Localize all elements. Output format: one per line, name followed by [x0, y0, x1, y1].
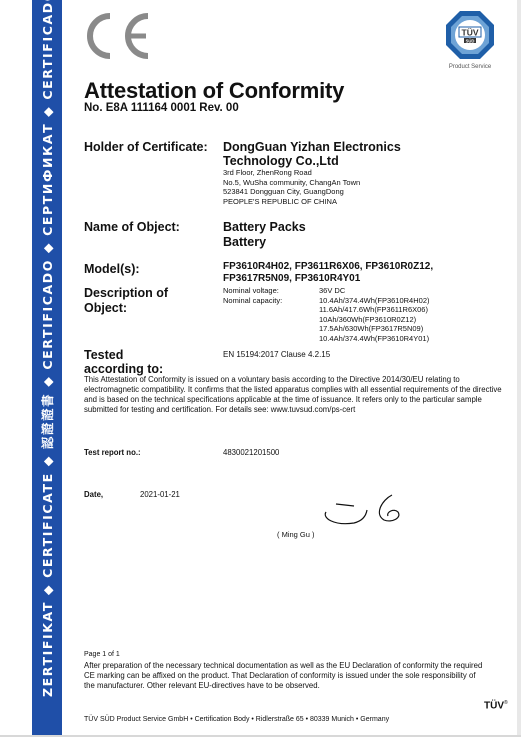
certificate-side-band: ZERTIFIKAT ◆ CERTIFICATE ◆ 認證證書 ◆ CERTIF…	[32, 0, 62, 735]
voltage-key: Nominal voltage:	[223, 286, 319, 296]
footer-note: After preparation of the necessary techn…	[84, 661, 484, 691]
object-line1: Battery Packs	[223, 220, 306, 235]
registered-symbol: ®	[504, 700, 508, 706]
models-line1: FP3610R4H02, FP3611R6X06, FP3610R0Z12,	[223, 261, 433, 273]
tested-label-line1: Tested	[84, 348, 123, 363]
signer-name: ( Ming Gu )	[277, 530, 315, 539]
holder-name-line1: DongGuan Yizhan Electronics	[223, 140, 401, 155]
address-line: No.5, WuSha community, ChangAn Town	[223, 178, 360, 188]
svg-text:SÜD: SÜD	[466, 38, 475, 43]
object-line2: Battery	[223, 235, 266, 250]
capacity-key: Nominal capacity:	[223, 296, 319, 344]
product-service-label: Product Service	[437, 64, 503, 70]
tuv-registered-mark: TÜV®	[484, 700, 508, 711]
models-label: Model(s):	[84, 262, 140, 277]
svg-text:TÜV: TÜV	[462, 28, 479, 38]
tuv-mark-text: TÜV	[484, 700, 504, 711]
tuv-sud-logo-icon: TÜV SÜD	[445, 10, 495, 60]
side-band-text: ZERTIFIKAT ◆ CERTIFICATE ◆ 認證證書 ◆ CERTIF…	[38, 0, 56, 697]
page-edge	[517, 0, 521, 737]
object-label: Name of Object:	[84, 220, 180, 235]
holder-name-line2: Technology Co.,Ltd	[223, 154, 339, 169]
voltage-value: 36V DC	[319, 286, 345, 296]
models-line2: FP3617R5N09, FP3610R4Y01	[223, 273, 360, 285]
capacity-value: 10.4Ah/374.4Wh(FP3610R4Y01)	[319, 334, 429, 344]
certificate-number: No. E8A 111164 0001 Rev. 00	[84, 102, 239, 114]
test-report-value: 4830021201500	[223, 448, 279, 457]
date-label: Date,	[84, 490, 103, 499]
address-line: 523841 Dongguan City, GuangDong	[223, 187, 360, 197]
conformity-statement: This Attestation of Conformity is issued…	[84, 375, 504, 415]
capacity-value: 11.6Ah/417.6Wh(FP3611R6X06)	[319, 305, 429, 315]
document-title: Attestation of Conformity	[84, 78, 344, 104]
tested-standard: EN 15194:2017 Clause 4.2.15	[223, 350, 330, 359]
footer-address: TÜV SÜD Product Service GmbH • Certifica…	[84, 716, 389, 723]
capacity-value: 10.4Ah/374.4Wh(FP3610R4H02)	[319, 296, 429, 306]
test-report-label: Test report no.:	[84, 448, 141, 457]
description-values: Nominal voltage: 36V DC Nominal capacity…	[223, 286, 429, 343]
holder-address: 3rd Floor, ZhenRong Road No.5, WuSha com…	[223, 168, 360, 206]
address-line: 3rd Floor, ZhenRong Road	[223, 168, 360, 178]
page-indicator: Page 1 of 1	[84, 651, 120, 658]
date-value: 2021-01-21	[140, 490, 180, 499]
capacity-value: 17.5Ah/630Wh(FP3617R5N09)	[319, 324, 429, 334]
description-label-line2: Object:	[84, 301, 127, 316]
ce-mark-icon	[80, 12, 152, 60]
description-label-line1: Description of	[84, 286, 168, 301]
signature-icon	[312, 490, 412, 530]
capacity-value: 10Ah/360Wh(FP3610R0Z12)	[319, 315, 429, 325]
address-line: PEOPLE'S REPUBLIC OF CHINA	[223, 197, 360, 207]
holder-label: Holder of Certificate:	[84, 140, 208, 155]
